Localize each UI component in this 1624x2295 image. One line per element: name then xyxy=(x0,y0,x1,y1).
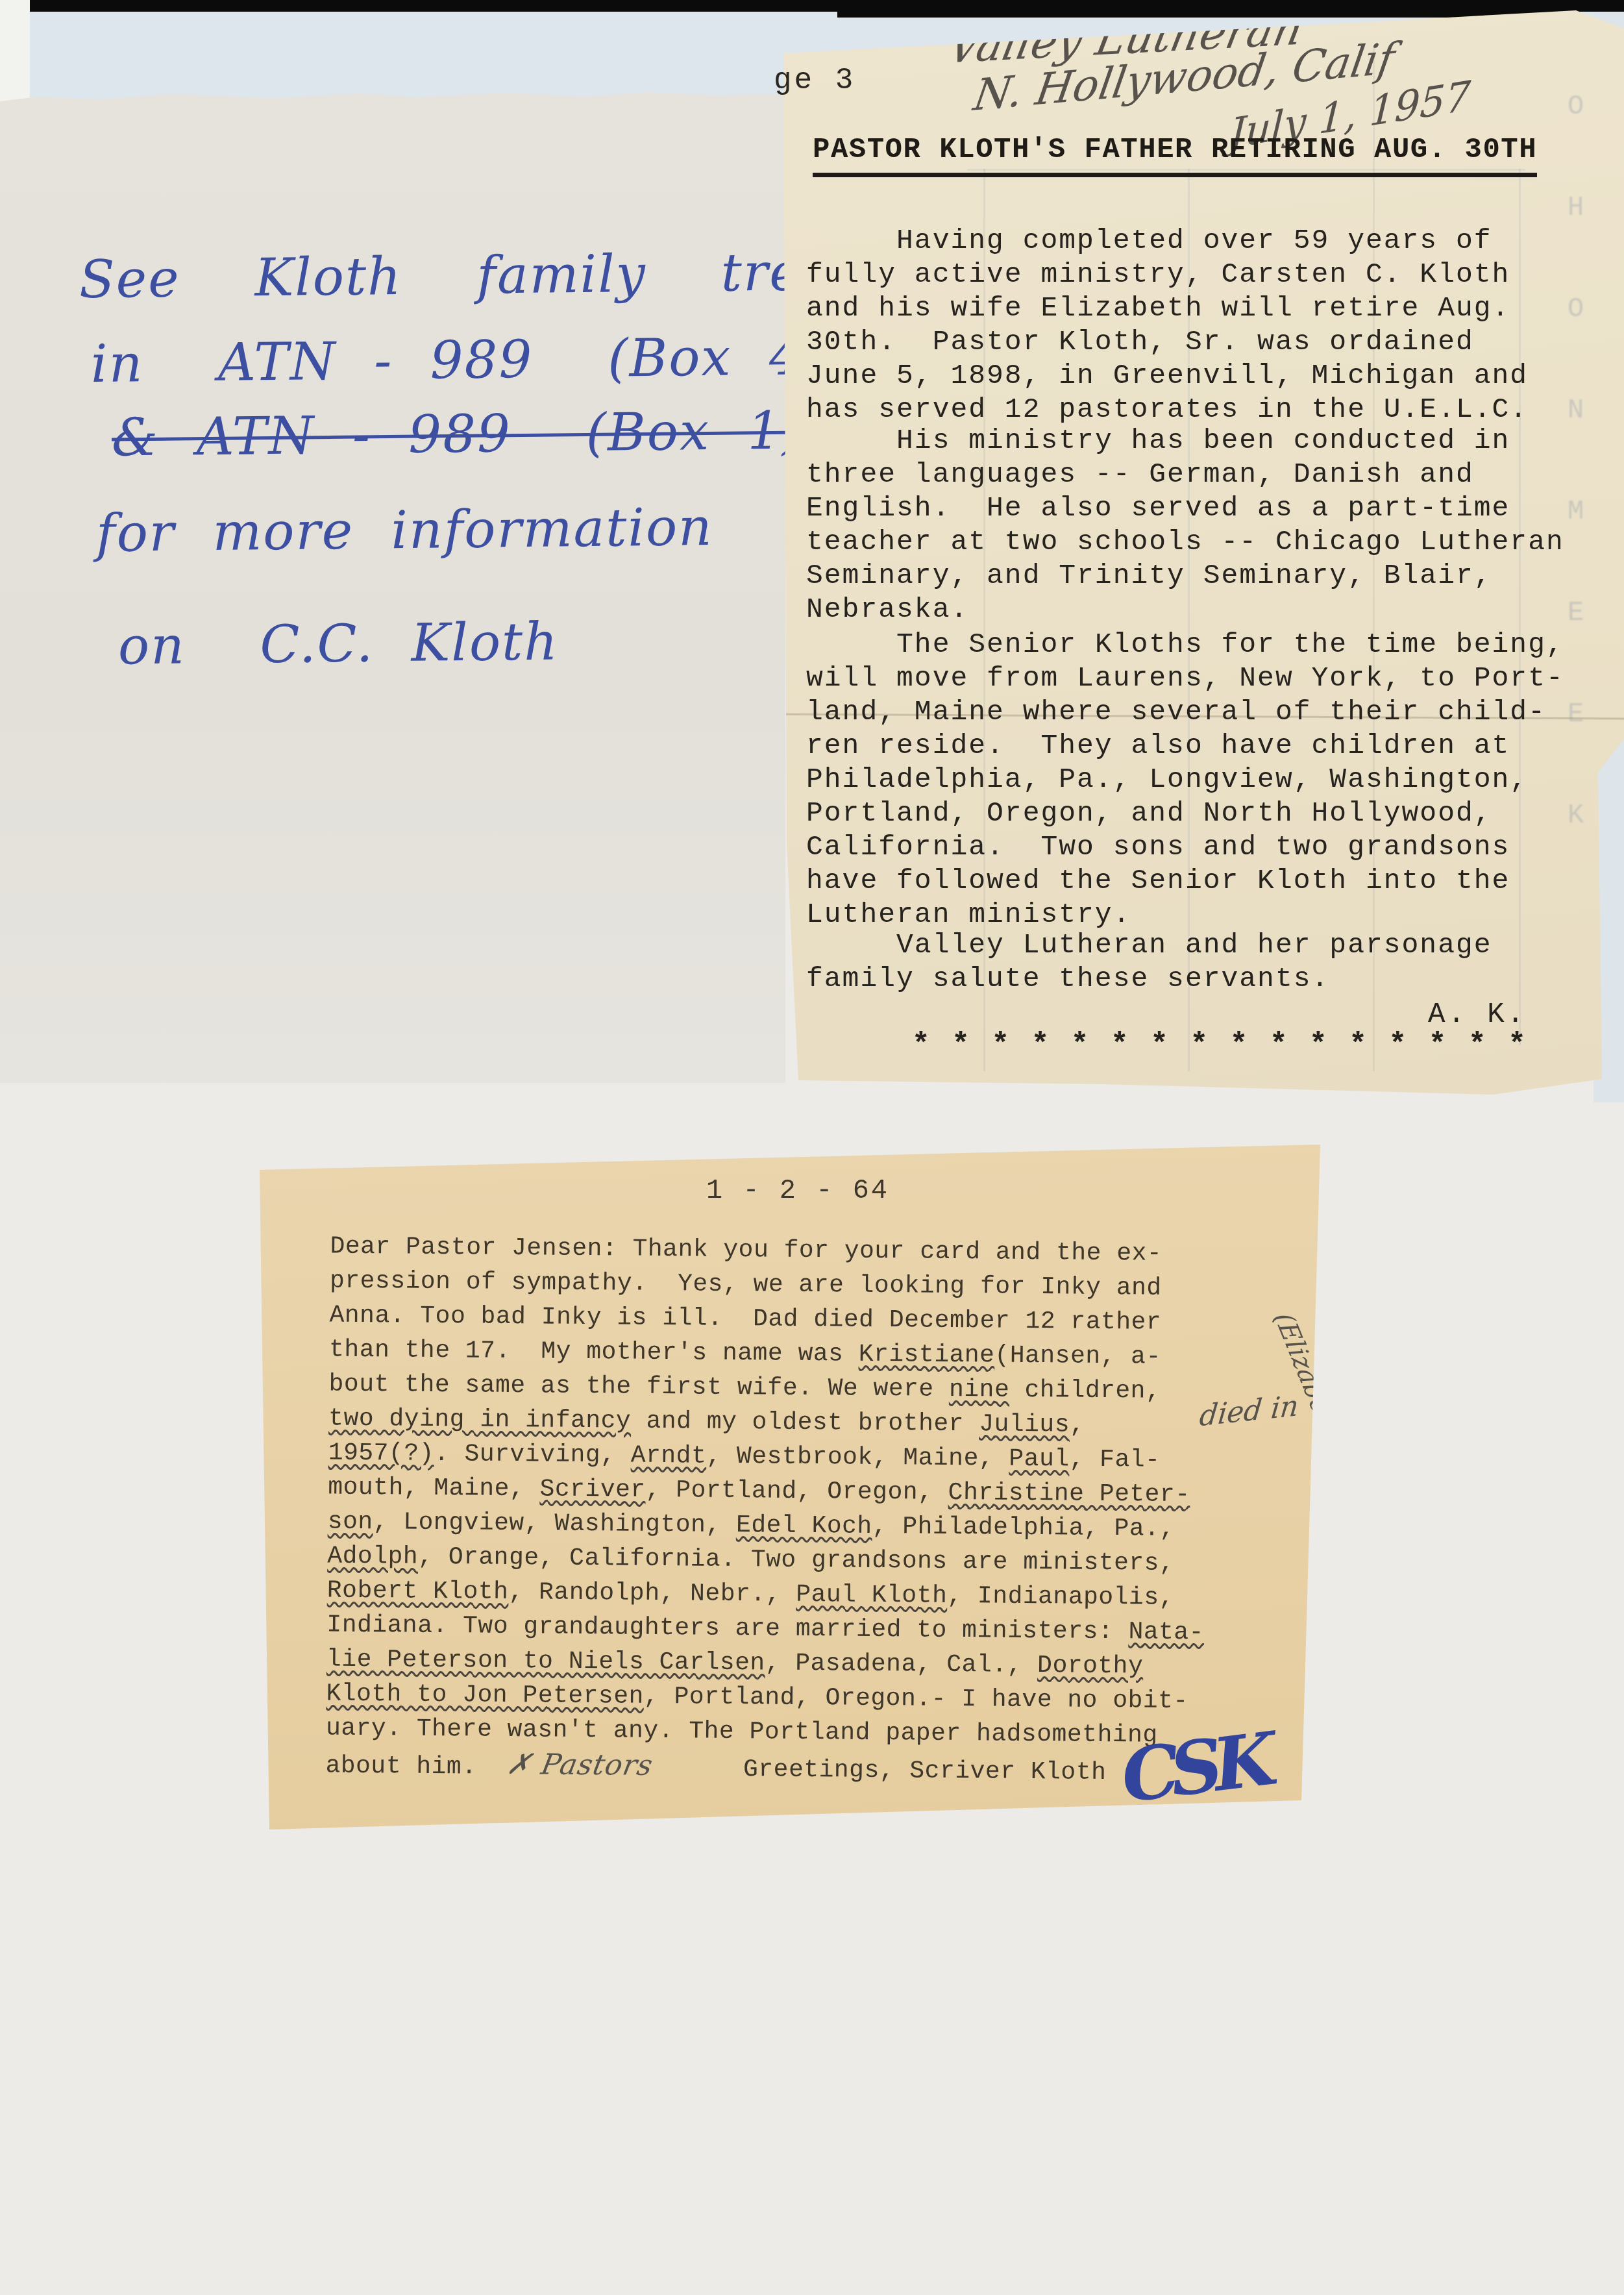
postcard-text-segment: , Indianapolis, xyxy=(947,1582,1174,1612)
postcard-text-segment: , Orange, California. Two grandsons are … xyxy=(418,1543,1175,1578)
postcard-text-segment: pression of sympathy. Yes, we are lookin… xyxy=(330,1267,1162,1302)
note-line: for more information xyxy=(96,497,714,564)
postcard-text-segment: about him. xyxy=(325,1752,507,1781)
postcard-text-segment: mouth, Maine, xyxy=(328,1474,540,1504)
scanned-archive-page: See Kloth family treein ATN - 989 (Box 4… xyxy=(0,0,1624,2295)
note-line: in ATN - 989 (Box 4) xyxy=(91,326,826,394)
postcard-text-segment: , Pasadena, Cal., xyxy=(765,1649,1038,1680)
blue-ink-monogram: CSK xyxy=(1117,1717,1273,1819)
handwritten-annotation: ✗ Pastors xyxy=(504,1747,656,1783)
postcard-text-segment: Adolph xyxy=(327,1543,418,1571)
postcard-text-segment: uary. There wasn't any. The Portland pap… xyxy=(326,1715,1158,1750)
postcard-text-segment: and my oldest brother xyxy=(631,1408,979,1439)
postcard-text-segment: son xyxy=(328,1508,373,1537)
postcard-text-segment: lie Peterson to Niels Carlsen xyxy=(326,1646,765,1678)
postcard-text-segment: Paul xyxy=(1009,1445,1070,1474)
postcard-text-segment: Edel Koch xyxy=(736,1511,872,1541)
postcard-text-segment: children, xyxy=(1009,1376,1161,1406)
scan-edge-strip-right xyxy=(837,0,1577,18)
postcard-text-segment: two dying in infancy xyxy=(328,1405,631,1435)
article-paragraph: His ministry has been conducted in three… xyxy=(806,424,1572,626)
postcard-text-segment: . Surviving, xyxy=(434,1440,631,1470)
postcard-text-segment: , Philadelphia, Pa., xyxy=(872,1513,1175,1543)
postcard-text-segment: , Randolph, Nebr., xyxy=(508,1578,796,1609)
bleedthrough-letter: O xyxy=(1568,91,1584,122)
postcard-text-segment: , Westbrook, Maine, xyxy=(706,1443,1009,1473)
note-line: on C.C. Kloth xyxy=(118,611,560,676)
postcard-text-segment: Arndt xyxy=(631,1442,707,1470)
postcard-text-segment: Greetings, Scriver Kloth xyxy=(652,1755,1106,1787)
postcard-text-segment: , Fal- xyxy=(1069,1446,1160,1474)
postcard-text-segment: Scriver xyxy=(539,1475,646,1504)
postcard-text-segment: Julius xyxy=(979,1410,1070,1439)
note-line: See Kloth family tree xyxy=(79,242,834,310)
postcard-text-segment: , xyxy=(1070,1411,1085,1439)
postcard-text-segment: Nata- xyxy=(1128,1618,1204,1646)
postcard-text-segment: Indiana. Two grandaughters are married t… xyxy=(326,1611,1128,1646)
postcard-text-segment: Paul Kloth xyxy=(796,1581,947,1610)
postcard-text-segment: Dear Pastor Jensen: Thank you for your c… xyxy=(330,1233,1162,1268)
scanner-margin xyxy=(0,0,30,114)
postcard-text-segment: , Longview, Washington, xyxy=(373,1508,737,1539)
postcard-text-segment: 1957(?) xyxy=(328,1439,435,1468)
article-headline: PASTOR KLOTH'S FATHER RETIRING AUG. 30TH xyxy=(813,134,1537,177)
postcard-text-block: Dear Pastor Jensen: Thank you for your c… xyxy=(325,1230,1290,1789)
postcard-text-segment: Anna. Too bad Inky is ill. Dad died Dece… xyxy=(329,1302,1161,1337)
postcard-text-segment: (Hansen, a- xyxy=(994,1342,1161,1371)
article-paragraph: Valley Lutheran and her parsonage family… xyxy=(806,928,1572,996)
postcard-text-segment: Dorothy xyxy=(1037,1652,1144,1680)
postcard-text-segment: Robert Kloth xyxy=(327,1577,509,1606)
postcard-text-segment: bout the same as the first wife. We were xyxy=(328,1371,949,1404)
postcard-text-segment: , Portland, Oregon, xyxy=(645,1476,948,1507)
article-paragraph: The Senior Kloths for the time being, wi… xyxy=(806,628,1572,932)
note-line: & ATN - 989 (Box 1) xyxy=(112,400,804,467)
bleedthrough-letter: H xyxy=(1568,192,1584,223)
article-byline: A. K. xyxy=(1428,999,1527,1031)
postcard-text-segment: Kristiane xyxy=(859,1341,995,1370)
postcard-text-segment: Kloth to Jon Petersen xyxy=(326,1680,644,1711)
newsletter-clipping: OHONMEEK Valley Lutheran N. Hollywood, C… xyxy=(779,6,1624,1104)
typed-postcard: 1 - 2 - 64 Dear Pastor Jensen: Thank you… xyxy=(258,1143,1351,1832)
postcard-date: 1 - 2 - 64 xyxy=(706,1175,889,1206)
asterisk-divider: * * * * * * * * * * * * * * * * xyxy=(912,1028,1528,1062)
postcard-text-segment: Christine Peter- xyxy=(948,1479,1190,1509)
handwritten-note-card: See Kloth family treein ATN - 989 (Box 4… xyxy=(0,91,785,1083)
postcard-text-segment: , Portland, Oregon.- I have no obit- xyxy=(644,1683,1188,1715)
article-paragraph: Having completed over 59 years of fully … xyxy=(806,224,1572,427)
postcard-text-segment: nine xyxy=(949,1376,1010,1404)
page-number-fragment: ge 3 xyxy=(774,64,855,97)
postcard-text-segment: than the 17. My mother's name was xyxy=(329,1336,859,1369)
